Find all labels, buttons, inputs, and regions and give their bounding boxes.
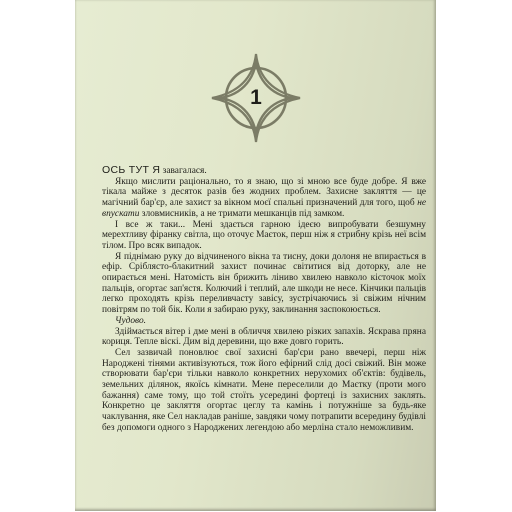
paragraph-3: Я піднімаю руку до відчиненого вікна та … (102, 252, 426, 316)
opening-line: ОСЬ ТУТ Я завагалася. (102, 165, 426, 177)
opening-rest: завагалася. (160, 166, 206, 176)
chapter-number: 1 (208, 50, 304, 146)
paragraph-text: Якщо мислити раціонально, то я знаю, що … (102, 177, 426, 208)
paragraph-1: Якщо мислити раціонально, то я знаю, що … (102, 177, 426, 220)
chapter-text: ОСЬ ТУТ Я завагалася. Якщо мислити раціо… (102, 165, 426, 434)
paragraph-text: зловмисників, а не тримати мешканців під… (139, 209, 344, 219)
paragraph-5: Здіймається вітер і дме мені в обличчя х… (102, 327, 426, 348)
paragraph-2: І все ж таки... Мені здається гарною іде… (102, 220, 426, 252)
book-page: 1 ОСЬ ТУТ Я завагалася. Якщо мислити рац… (75, 0, 436, 511)
paragraph-6: Сел зазвичай поновлює свої захисні бар'є… (102, 348, 426, 434)
opening-caps: ОСЬ ТУТ Я (102, 164, 160, 176)
paragraph-4: Чудово. (102, 316, 426, 327)
chapter-emblem: 1 (208, 50, 304, 146)
